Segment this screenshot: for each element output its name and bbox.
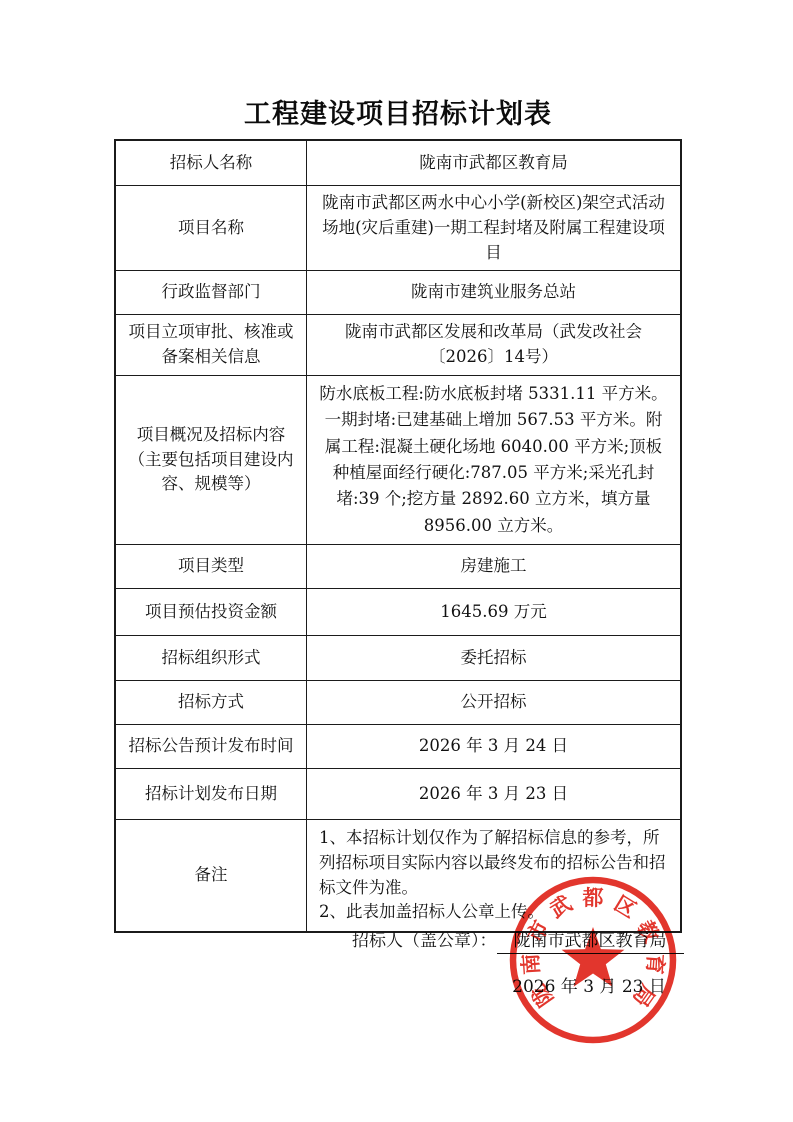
table-row: 行政监督部门 陇南市建筑业服务总站	[116, 270, 680, 314]
row-value: 陇南市武都区教育局	[307, 141, 680, 185]
row-value: 房建施工	[307, 545, 680, 588]
row-value: 2026 年 3 月 23 日	[307, 769, 680, 819]
row-value: 1、本招标计划仅作为了解招标信息的参考，所列招标项目实际内容以最终发布的招标公告…	[307, 820, 680, 931]
row-label: 行政监督部门	[116, 271, 307, 314]
row-label: 项目概况及招标内容（主要包括项目建设内容、规模等）	[116, 376, 307, 544]
row-label: 招标方式	[116, 681, 307, 724]
table-row: 招标组织形式 委托招标	[116, 635, 680, 680]
table-row: 项目类型 房建施工	[116, 544, 680, 588]
row-label: 项目名称	[116, 186, 307, 270]
table-row: 招标人名称 陇南市武都区教育局	[116, 141, 680, 185]
row-label: 招标人名称	[116, 141, 307, 185]
table-row: 项目立项审批、核准或备案相关信息 陇南市武都区发展和改革局（武发改社会〔2026…	[116, 314, 680, 375]
row-value: 公开招标	[307, 681, 680, 724]
row-label: 招标组织形式	[116, 636, 307, 680]
bidding-plan-table: 招标人名称 陇南市武都区教育局 项目名称 陇南市武都区两水中心小学(新校区)架空…	[114, 139, 682, 933]
signature-row: 招标人（盖公章）：陇南市武都区教育局	[352, 926, 684, 954]
table-row: 备注 1、本招标计划仅作为了解招标信息的参考，所列招标项目实际内容以最终发布的招…	[116, 819, 680, 931]
row-value: 委托招标	[307, 636, 680, 680]
table-row: 招标方式 公开招标	[116, 680, 680, 724]
row-label: 招标计划发布日期	[116, 769, 307, 819]
table-row: 项目预估投资金额 1645.69 万元	[116, 588, 680, 635]
row-value: 1645.69 万元	[307, 589, 680, 635]
row-value: 陇南市武都区发展和改革局（武发改社会〔2026〕14号）	[307, 315, 680, 375]
row-value: 陇南市武都区两水中心小学(新校区)架空式活动场地(灾后重建)一期工程封堵及附属工…	[307, 186, 680, 270]
remark-line: 1、本招标计划仅作为了解招标信息的参考，所列招标项目实际内容以最终发布的招标公告…	[319, 826, 668, 900]
document-title: 工程建设项目招标计划表	[114, 92, 682, 131]
row-label: 项目立项审批、核准或备案相关信息	[116, 315, 307, 375]
table-row: 项目概况及招标内容（主要包括项目建设内容、规模等） 防水底板工程:防水底板封堵 …	[116, 375, 680, 544]
row-value: 陇南市建筑业服务总站	[307, 271, 680, 314]
row-label: 招标公告预计发布时间	[116, 725, 307, 768]
table-row: 项目名称 陇南市武都区两水中心小学(新校区)架空式活动场地(灾后重建)一期工程封…	[116, 185, 680, 270]
row-label: 项目预估投资金额	[116, 589, 307, 635]
signature-label: 招标人（盖公章）：	[352, 931, 497, 951]
table-row: 招标计划发布日期 2026 年 3 月 23 日	[116, 768, 680, 819]
signature-value: 陇南市武都区教育局	[497, 926, 684, 954]
signature-date: 2026 年 3 月 23 日	[500, 972, 678, 997]
row-label: 项目类型	[116, 545, 307, 588]
remark-line: 2、此表加盖招标人公章上传。	[319, 900, 544, 925]
document-page: 工程建设项目招标计划表 招标人名称 陇南市武都区教育局 项目名称 陇南市武都区两…	[0, 0, 793, 1122]
table-row: 招标公告预计发布时间 2026 年 3 月 24 日	[116, 724, 680, 768]
row-value: 防水底板工程:防水底板封堵 5331.11 平方米。一期封堵:已建基础上增加 5…	[307, 376, 680, 544]
row-label: 备注	[116, 820, 307, 931]
row-value: 2026 年 3 月 24 日	[307, 725, 680, 768]
